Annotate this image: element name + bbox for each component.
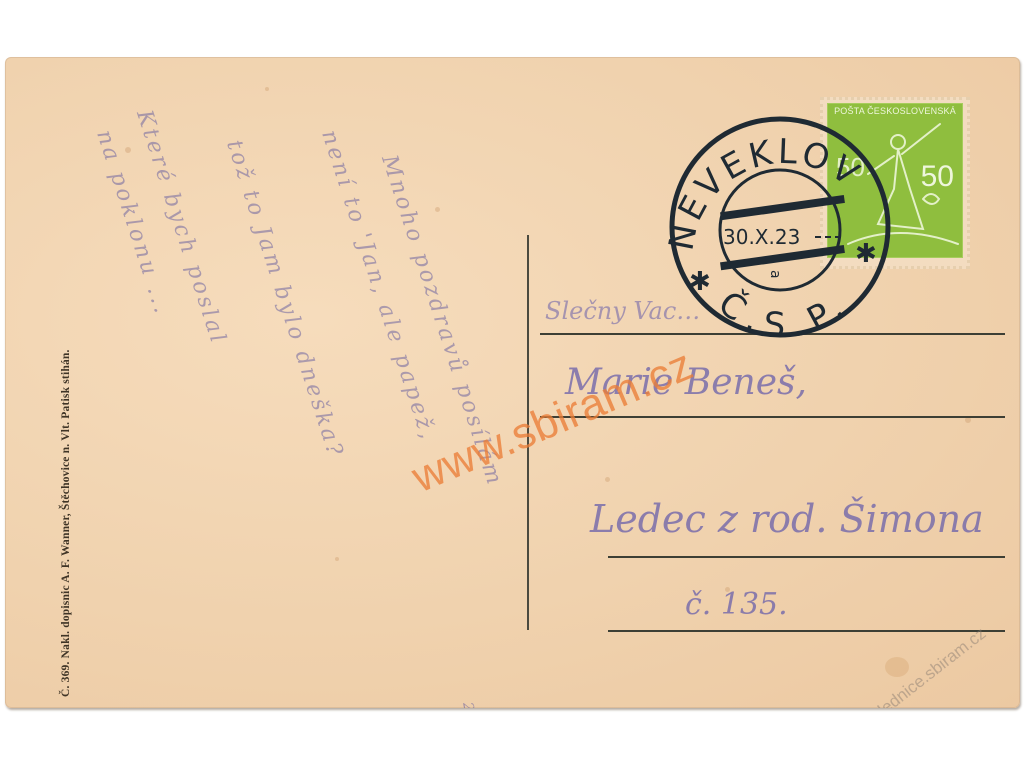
stain: [335, 557, 339, 561]
postcard-back: Č. 369. Nakl. dopisnic A. F. Wanner, Ště…: [5, 57, 1020, 708]
pencil-note: 29/12: [459, 701, 482, 708]
address-line: [608, 630, 1005, 632]
postmark-suffix: Č.S.P.: [711, 283, 859, 347]
stain: [265, 87, 269, 91]
stain: [435, 207, 440, 212]
message-line: tož to Jam bylo dneška?: [221, 137, 348, 462]
stain: [965, 417, 971, 423]
svg-text:Č.S.P.: Č.S.P.: [711, 283, 859, 347]
stamp-value: 50: [921, 160, 954, 194]
postmark-office-letter: a: [767, 270, 783, 279]
address-handwriting: č. 135.: [685, 587, 788, 622]
postmark-date: 30.X.23: [723, 225, 800, 249]
svg-text:✱: ✱: [689, 267, 711, 297]
publisher-imprint: Č. 369. Nakl. dopisnic A. F. Wanner, Ště…: [60, 349, 72, 697]
stain: [605, 477, 610, 482]
address-line: [608, 556, 1005, 558]
postmark-cancel: NEVEKLOV Č.S.P. 30.X.23 a ✱ ✱: [655, 102, 905, 352]
address-handwriting: Ledec z rod. Šimona: [590, 497, 984, 541]
stain: [125, 147, 131, 153]
stain: [885, 657, 909, 677]
svg-text:✱: ✱: [855, 239, 877, 269]
